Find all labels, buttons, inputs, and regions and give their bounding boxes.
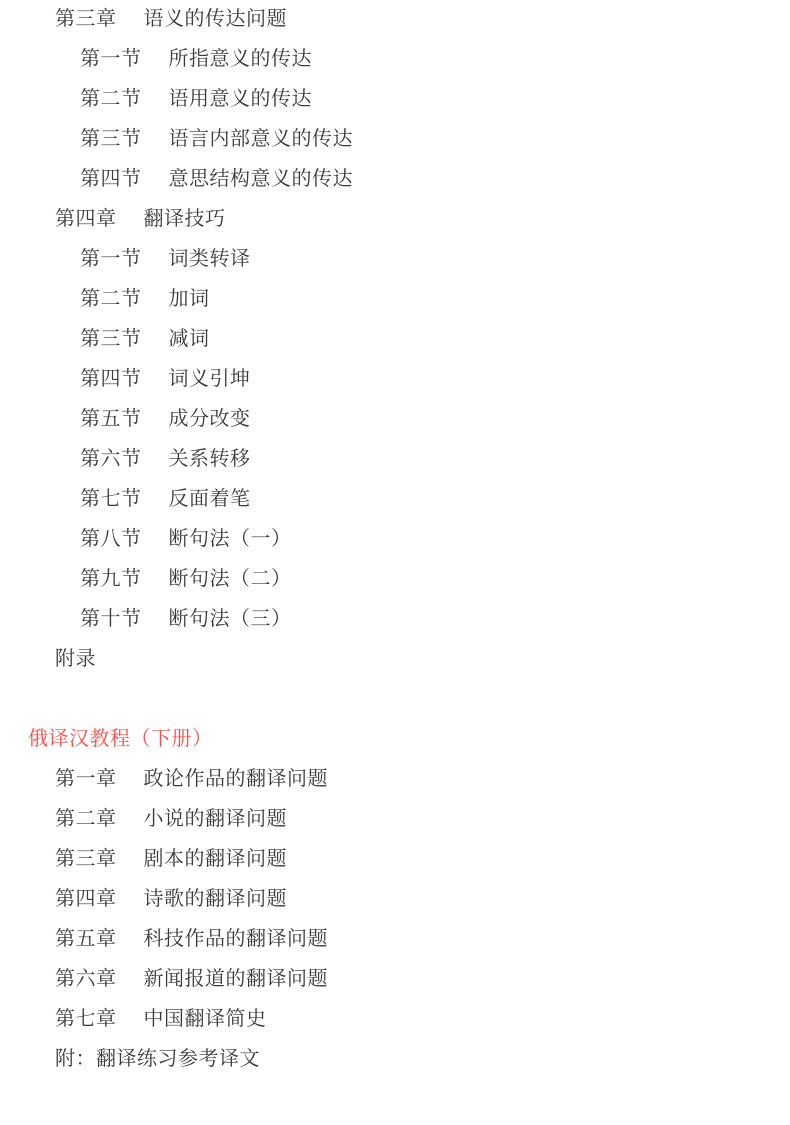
entry-label: 第七节 <box>80 482 142 511</box>
entry-title: 成分改变 <box>169 402 251 431</box>
toc-entry: 第三章语义的传达问题 <box>0 0 790 36</box>
book-title: 俄译汉教程（下册） <box>0 716 790 756</box>
entry-label: 第八节 <box>80 522 142 551</box>
entry-title: 语义的传达问题 <box>144 2 288 31</box>
toc-list: 第一章政论作品的翻译问题第二章小说的翻译问题第三章剧本的翻译问题第四章诗歌的翻译… <box>0 756 790 1076</box>
toc-entry: 第六章新闻报道的翻译问题 <box>0 956 790 996</box>
entry-label: 第三节 <box>80 322 142 351</box>
toc-entry: 第二章小说的翻译问题 <box>0 796 790 836</box>
entry-title: 科技作品的翻译问题 <box>144 922 329 951</box>
toc-entry: 第九节断句法（二） <box>0 556 790 596</box>
entry-title: 小说的翻译问题 <box>144 802 288 831</box>
entry-title: 语用意义的传达 <box>169 82 313 111</box>
entry-title: 减词 <box>169 322 210 351</box>
entry-title: 剧本的翻译问题 <box>144 842 288 871</box>
book-1-contents: 第三章语义的传达问题第一节所指意义的传达第二节语用意义的传达第三节语言内部意义的… <box>0 0 790 676</box>
toc-entry: 第四节词义引坤 <box>0 356 790 396</box>
toc-list: 第三章语义的传达问题第一节所指意义的传达第二节语用意义的传达第三节语言内部意义的… <box>0 0 790 676</box>
toc-entry: 第七节反面着笔 <box>0 476 790 516</box>
entry-title: 断句法（二） <box>169 562 292 591</box>
toc-entry: 第六节关系转移 <box>0 436 790 476</box>
entry-label: 第六章 <box>55 962 117 991</box>
entry-label: 第一章 <box>55 762 117 791</box>
toc-entry: 第一章政论作品的翻译问题 <box>0 756 790 796</box>
toc-entry: 第七章中国翻译简史 <box>0 996 790 1036</box>
toc-entry: 第四节意思结构意义的传达 <box>0 156 790 196</box>
entry-label: 第六节 <box>80 442 142 471</box>
entry-title: 所指意义的传达 <box>169 42 313 71</box>
toc-entry: 第四章翻译技巧 <box>0 196 790 236</box>
entry-label: 附录 <box>55 642 96 671</box>
toc-entry: 第一节所指意义的传达 <box>0 36 790 76</box>
entry-title: 词义引坤 <box>169 362 251 391</box>
entry-label: 第四节 <box>80 162 142 191</box>
entry-label: 附：翻译练习参考译文 <box>55 1042 260 1071</box>
entry-title: 翻译技巧 <box>144 202 226 231</box>
toc-entry: 第三节语言内部意义的传达 <box>0 116 790 156</box>
entry-label: 第二节 <box>80 82 142 111</box>
toc-entry: 第二节语用意义的传达 <box>0 76 790 116</box>
toc-entry: 第八节断句法（一） <box>0 516 790 556</box>
entry-title: 诗歌的翻译问题 <box>144 882 288 911</box>
toc-entry: 第五章科技作品的翻译问题 <box>0 916 790 956</box>
entry-title: 中国翻译简史 <box>144 1002 267 1031</box>
entry-title: 意思结构意义的传达 <box>169 162 354 191</box>
toc-entry: 第二节加词 <box>0 276 790 316</box>
toc-entry: 第三节减词 <box>0 316 790 356</box>
toc-entry: 第一节词类转译 <box>0 236 790 276</box>
toc-entry: 附录 <box>0 636 790 676</box>
entry-label: 第三节 <box>80 122 142 151</box>
entry-label: 第二节 <box>80 282 142 311</box>
entry-label: 第二章 <box>55 802 117 831</box>
entry-title: 新闻报道的翻译问题 <box>144 962 329 991</box>
table-of-contents: 第三章语义的传达问题第一节所指意义的传达第二节语用意义的传达第三节语言内部意义的… <box>0 0 790 1121</box>
entry-label: 第三章 <box>55 2 117 31</box>
entry-label: 第五节 <box>80 402 142 431</box>
entry-title: 反面着笔 <box>169 482 251 511</box>
entry-title: 语言内部意义的传达 <box>169 122 354 151</box>
entry-label: 第四章 <box>55 882 117 911</box>
entry-label: 第九节 <box>80 562 142 591</box>
entry-label: 第四节 <box>80 362 142 391</box>
entry-label: 第十节 <box>80 602 142 631</box>
entry-label: 第三章 <box>55 842 117 871</box>
entry-label: 第五章 <box>55 922 117 951</box>
toc-entry: 第四章诗歌的翻译问题 <box>0 876 790 916</box>
entry-title: 词类转译 <box>169 242 251 271</box>
toc-entry: 第三章剧本的翻译问题 <box>0 836 790 876</box>
entry-label: 第七章 <box>55 1002 117 1031</box>
toc-entry: 附：翻译练习参考译文 <box>0 1036 790 1076</box>
toc-entry: 第十节断句法（三） <box>0 596 790 636</box>
entry-title: 关系转移 <box>169 442 251 471</box>
entry-title: 政论作品的翻译问题 <box>144 762 329 791</box>
entry-label: 第一节 <box>80 242 142 271</box>
entry-label: 第一节 <box>80 42 142 71</box>
book-2-contents: 俄译汉教程（下册）第一章政论作品的翻译问题第二章小说的翻译问题第三章剧本的翻译问… <box>0 716 790 1076</box>
entry-title: 加词 <box>169 282 210 311</box>
entry-title: 断句法（三） <box>169 602 292 631</box>
toc-entry: 第五节成分改变 <box>0 396 790 436</box>
entry-label: 第四章 <box>55 202 117 231</box>
entry-title: 断句法（一） <box>169 522 292 551</box>
